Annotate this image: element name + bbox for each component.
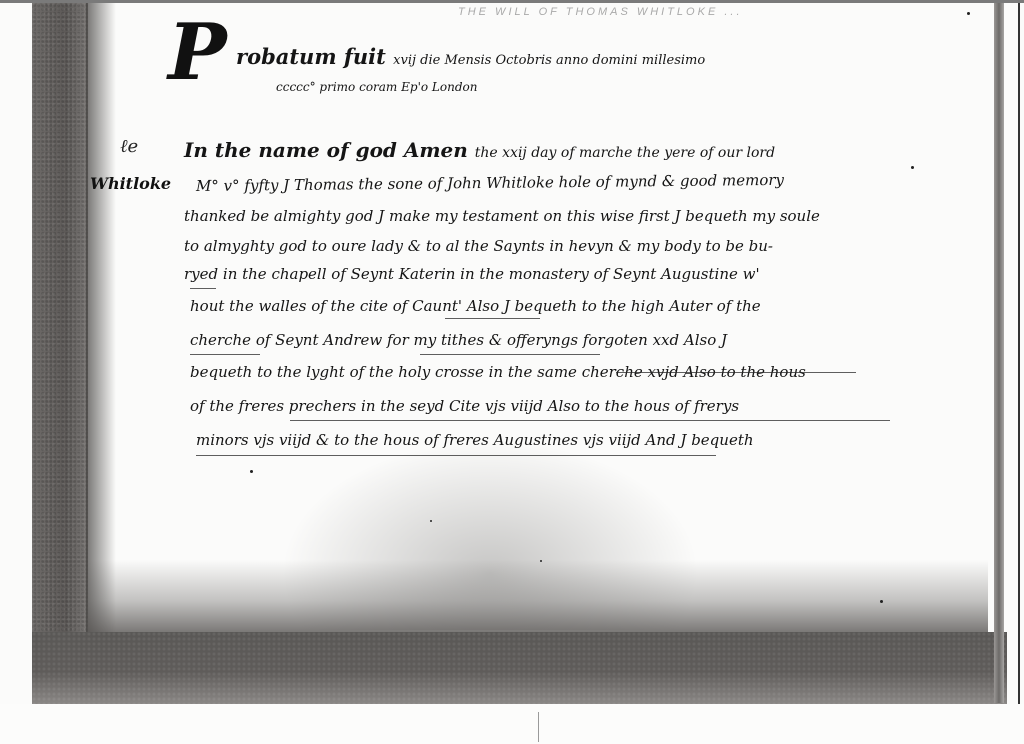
top-border: [0, 0, 1024, 3]
invocation: In the name of god Amen: [184, 138, 468, 162]
will-line-2: M° v° fyfty J Thomas the sone of John Wh…: [196, 170, 784, 196]
decorated-initial: P: [168, 14, 227, 92]
underline: [290, 420, 890, 421]
underline: [420, 354, 600, 355]
will-line-10: minors vjs viijd & to the hous of freres…: [196, 430, 754, 450]
left-shadow-fade: [86, 3, 116, 643]
underline: [190, 354, 260, 355]
margin-testator-name: Whitloke: [90, 174, 171, 193]
archive-pencil-note: THE WILL OF THOMAS WHITLOKE ...: [458, 6, 743, 18]
speck: [967, 12, 970, 15]
underline: [445, 318, 540, 319]
right-shadow-edge: [994, 3, 1004, 703]
probate-date: xvij die Mensis Octobris anno domini mil…: [393, 53, 705, 68]
bottom-blank-margin: [0, 704, 1024, 744]
underline: [616, 372, 856, 373]
probate-line-1: robatum fuit xvij die Mensis Octobris an…: [236, 44, 705, 69]
will-line-4: to almyghty god to oure lady & to al the…: [184, 236, 773, 256]
will-line-6: hout the walles of the cite of Caunt' Al…: [190, 296, 761, 316]
left-shadow-margin: [32, 3, 88, 701]
speck: [540, 560, 542, 562]
will-line-3: thanked be almighty god J make my testam…: [184, 206, 820, 226]
speck: [911, 166, 914, 169]
speck: [880, 600, 883, 603]
right-border: [1018, 3, 1020, 744]
underline: [190, 288, 216, 289]
will-line-5: ryed in the chapell of Seynt Katerin in …: [184, 264, 760, 284]
bottom-shadow-margin: [32, 632, 1007, 704]
will-line-1: In the name of god Amen the xxij day of …: [184, 140, 775, 160]
will-line-1-rest: the xxij day of marche the yere of our l…: [475, 145, 775, 161]
scanned-document: THE WILL OF THOMAS WHITLOKE ... P robatu…: [0, 0, 1024, 744]
speck: [430, 520, 432, 522]
speck: [250, 470, 253, 473]
will-line-9: of the freres prechers in the seyd Cite …: [190, 396, 739, 416]
probate-heading: robatum fuit: [236, 44, 386, 69]
fold-mark: [538, 712, 539, 742]
margin-paragraph-mark: ℓe: [120, 136, 138, 157]
bottom-shadow-fade: [88, 560, 988, 634]
probate-line-2: ccccc° primo coram Ep'o London: [276, 80, 477, 94]
will-line-7: cherche of Seynt Andrew for my tithes & …: [190, 330, 727, 350]
underline: [196, 455, 716, 456]
